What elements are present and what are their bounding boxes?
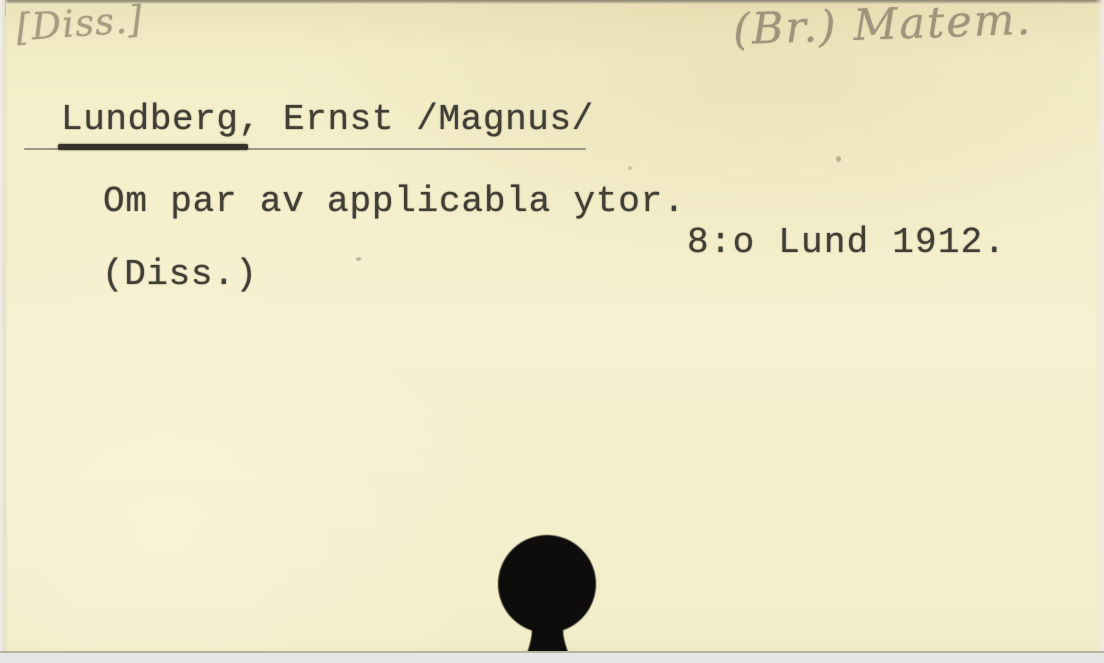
dust-speck [628,166,632,170]
dust-speck [356,257,361,261]
heading-underline-emphasis [58,144,248,150]
card-left-edge [0,0,8,663]
author-heading: Lundberg, Ernst /Magnus/ [61,100,594,140]
handwritten-note-top-right: (Br.) Matem. [732,0,1033,55]
catalog-card-paper: [Diss.] (Br.) Matem. Lundberg, Ernst /Ma… [0,0,1104,663]
imprint-line: 8:o Lund 1912. [687,223,1006,263]
work-title: Om par av applicabla ytor. [103,182,686,222]
dust-speck [836,156,841,162]
handwritten-note-top-left: [Diss.] [15,0,145,49]
card-top-edge [0,0,1104,4]
dissertation-note: (Diss.) [102,255,257,295]
scan-bottom-strip [0,651,1104,663]
keyhole-punch-hole-icon [485,520,609,663]
card-right-edge [1095,0,1104,663]
scanned-catalog-card: [Diss.] (Br.) Matem. Lundberg, Ernst /Ma… [0,0,1104,663]
